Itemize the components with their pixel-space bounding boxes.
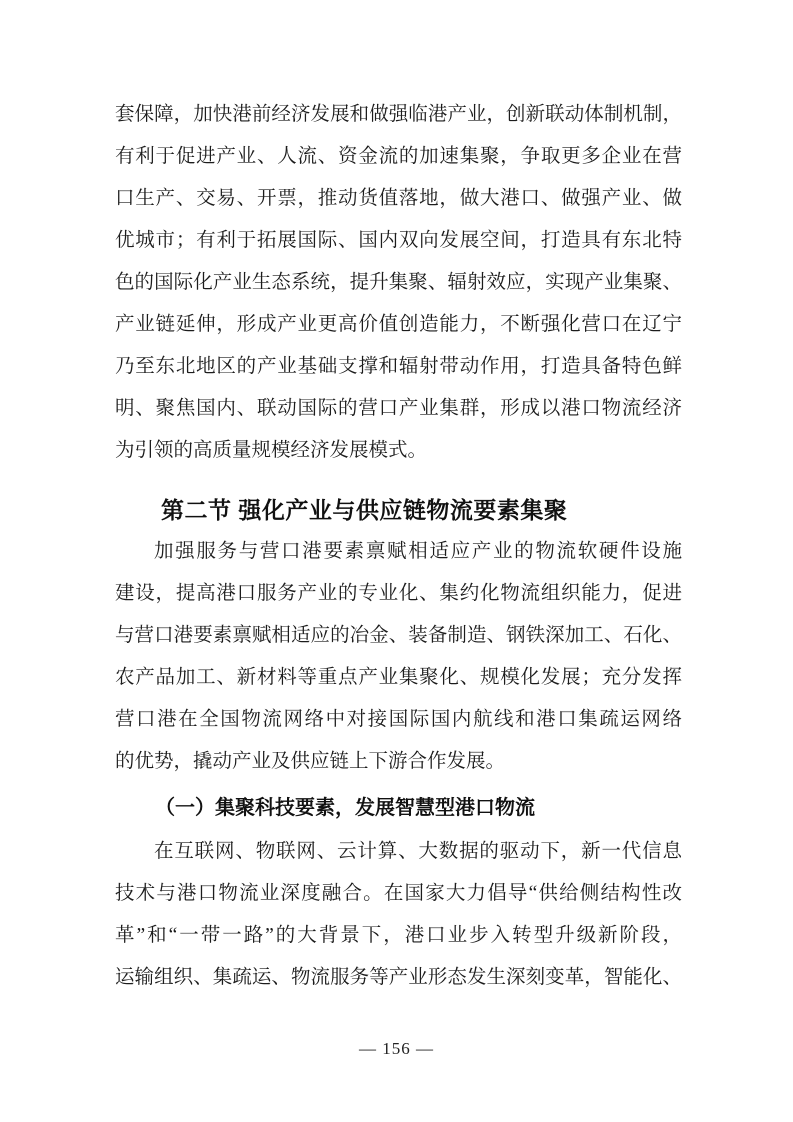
body-line: 在互联网、物联网、云计算、大数据的驱动下，新一代信息 bbox=[115, 831, 682, 873]
body-line: 与营口港要素禀赋相适应的冶金、装备制造、钢铁深加工、石化、 bbox=[115, 615, 682, 657]
body-line: 套保障，加快港前经济发展和做强临港产业，创新联动体制机制， bbox=[115, 94, 682, 136]
body-line: 运输组织、集疏运、物流服务等产业形态发生深刻变革，智能化、 bbox=[115, 957, 682, 999]
body-line: 乃至东北地区的产业基础支撑和辐射带动作用，打造具备特色鲜 bbox=[115, 346, 682, 388]
body-line: 色的国际化产业生态系统，提升集聚、辐射效应，实现产业集聚、 bbox=[115, 262, 682, 304]
body-line: 有利于促进产业、人流、资金流的加速集聚，争取更多企业在营 bbox=[115, 136, 682, 178]
paragraph: 在互联网、物联网、云计算、大数据的驱动下，新一代信息 技术与港口物流业深度融合。… bbox=[115, 831, 682, 999]
body-line: 明、聚焦国内、联动国际的营口产业集群，形成以港口物流经济 bbox=[115, 388, 682, 430]
body-line: 营口港在全国物流网络中对接国际国内航线和港口集疏运网络 bbox=[115, 699, 682, 741]
subsection-heading: （一）集聚科技要素，发展智慧型港口物流 bbox=[115, 787, 682, 829]
document-page: 套保障，加快港前经济发展和做强临港产业，创新联动体制机制， 有利于促进产业、人流… bbox=[0, 0, 793, 1122]
paragraph-continuation: 套保障，加快港前经济发展和做强临港产业，创新联动体制机制， 有利于促进产业、人流… bbox=[115, 94, 682, 472]
body-line: 建设，提高港口服务产业的专业化、集约化物流组织能力，促进 bbox=[115, 573, 682, 615]
body-line: 为引领的高质量规模经济发展模式。 bbox=[115, 430, 682, 472]
body-line: 革”和“一带一路”的大背景下，港口业步入转型升级新阶段， bbox=[115, 915, 682, 957]
body-line: 产业链延伸，形成产业更高价值创造能力，不断强化营口在辽宁 bbox=[115, 304, 682, 346]
body-line: 加强服务与营口港要素禀赋相适应产业的物流软硬件设施 bbox=[115, 531, 682, 573]
body-line: 的优势，撬动产业及供应链上下游合作发展。 bbox=[115, 741, 682, 783]
body-line: 技术与港口物流业深度融合。在国家大力倡导“供给侧结构性改 bbox=[115, 873, 682, 915]
body-line: 优城市；有利于拓展国际、国内双向发展空间，打造具有东北特 bbox=[115, 220, 682, 262]
paragraph: 加强服务与营口港要素禀赋相适应产业的物流软硬件设施 建设，提高港口服务产业的专业… bbox=[115, 531, 682, 783]
section-heading: 第二节 强化产业与供应链物流要素集聚 bbox=[161, 489, 682, 531]
text-content: 套保障，加快港前经济发展和做强临港产业，创新联动体制机制， 有利于促进产业、人流… bbox=[115, 94, 682, 999]
body-line: 农产品加工、新材料等重点产业集聚化、规模化发展；充分发挥 bbox=[115, 657, 682, 699]
body-line: 口生产、交易、开票，推动货值落地，做大港口、做强产业、做 bbox=[115, 178, 682, 220]
page-number: — 156 — bbox=[0, 1037, 793, 1061]
